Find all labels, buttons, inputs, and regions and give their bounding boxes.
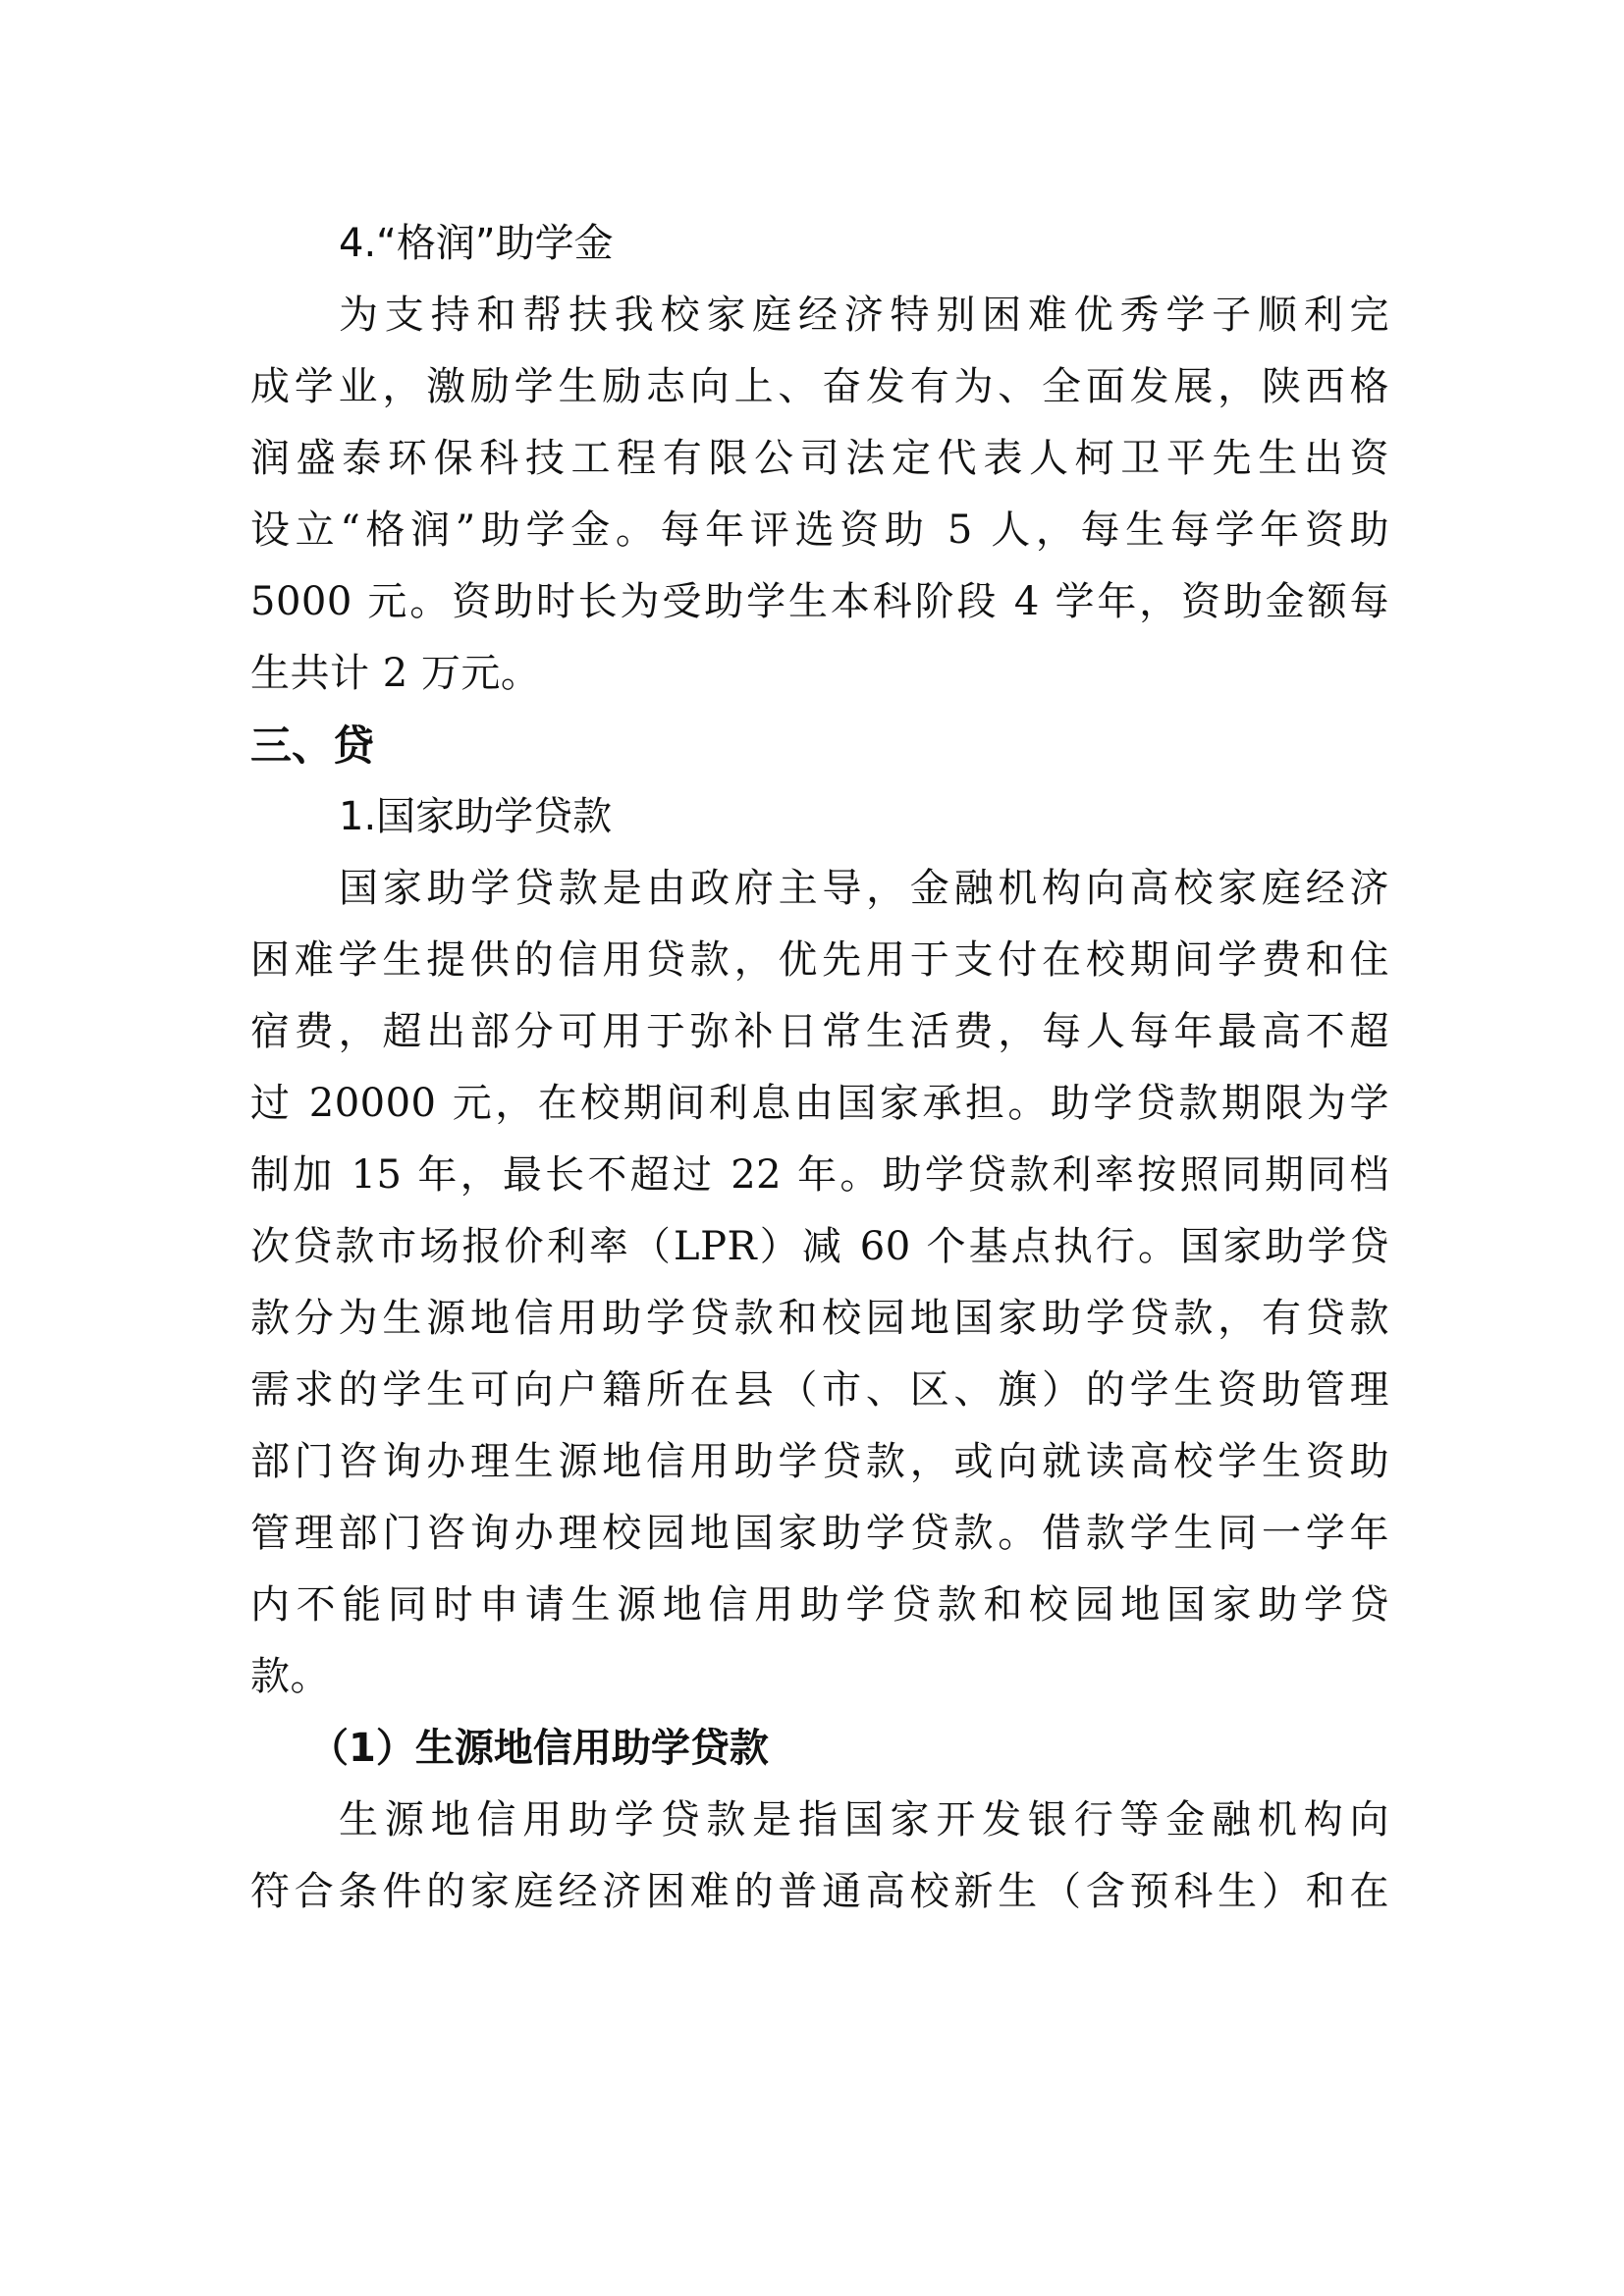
section-heading-national-loan: 1.国家助学贷款 [250, 781, 1389, 853]
paragraph-line: 生共计 2 万元。 [250, 638, 1389, 710]
paragraph-line: 过 20000 元，在校期间利息由国家承担。助学贷款期限为学 [250, 1068, 1389, 1140]
part-heading-loans: 三、贷 [250, 710, 1389, 781]
paragraph-line: 制加 15 年，最长不超过 22 年。助学贷款利率按照同期同档 [250, 1140, 1389, 1211]
paragraph-line: 符合条件的家庭经济困难的普通高校新生（含预科生）和在 [250, 1856, 1389, 1928]
paragraph-line: 困难学生提供的信用贷款，优先用于支付在校期间学费和住 [250, 925, 1389, 996]
paragraph-line: 润盛泰环保科技工程有限公司法定代表人柯卫平先生出资 [250, 423, 1389, 495]
paragraph-line: 国家助学贷款是由政府主导，金融机构向高校家庭经济 [250, 853, 1389, 925]
paragraph-line: 生源地信用助学贷款是指国家开发银行等金融机构向 [250, 1785, 1389, 1856]
paragraph-line: 宿费，超出部分可用于弥补日常生活费，每人每年最高不超 [250, 996, 1389, 1068]
paragraph-line: 需求的学生可向户籍所在县（市、区、旗）的学生资助管理 [250, 1355, 1389, 1426]
paragraph-line: 部门咨询办理生源地信用助学贷款，或向就读高校学生资助 [250, 1426, 1389, 1498]
paragraph-line: 款分为生源地信用助学贷款和校园地国家助学贷款，有贷款 [250, 1283, 1389, 1355]
paragraph-line: 为支持和帮扶我校家庭经济特别困难优秀学子顺利完 [250, 280, 1389, 351]
section-heading-gerun-grant: 4.“格润”助学金 [250, 208, 1389, 280]
paragraph-line: 成学业，激励学生励志向上、奋发有为、全面发展，陕西格 [250, 351, 1389, 423]
paragraph-line: 次贷款市场报价利率（LPR）减 60 个基点执行。国家助学贷 [250, 1211, 1389, 1283]
paragraph-line: 款。 [250, 1641, 1389, 1713]
subsection-heading-origin-loan: （1）生源地信用助学贷款 [250, 1713, 1389, 1785]
paragraph-line: 管理部门咨询办理校园地国家助学贷款。借款学生同一学年 [250, 1498, 1389, 1570]
paragraph-line: 内不能同时申请生源地信用助学贷款和校园地国家助学贷 [250, 1570, 1389, 1641]
paragraph-line: 5000 元。资助时长为受助学生本科阶段 4 学年，资助金额每 [250, 566, 1389, 638]
document-page: 4.“格润”助学金 为支持和帮扶我校家庭经济特别困难优秀学子顺利完 成学业，激励… [250, 208, 1389, 1928]
paragraph-line: 设立“格润”助学金。每年评选资助 5 人，每生每学年资助 [250, 495, 1389, 566]
